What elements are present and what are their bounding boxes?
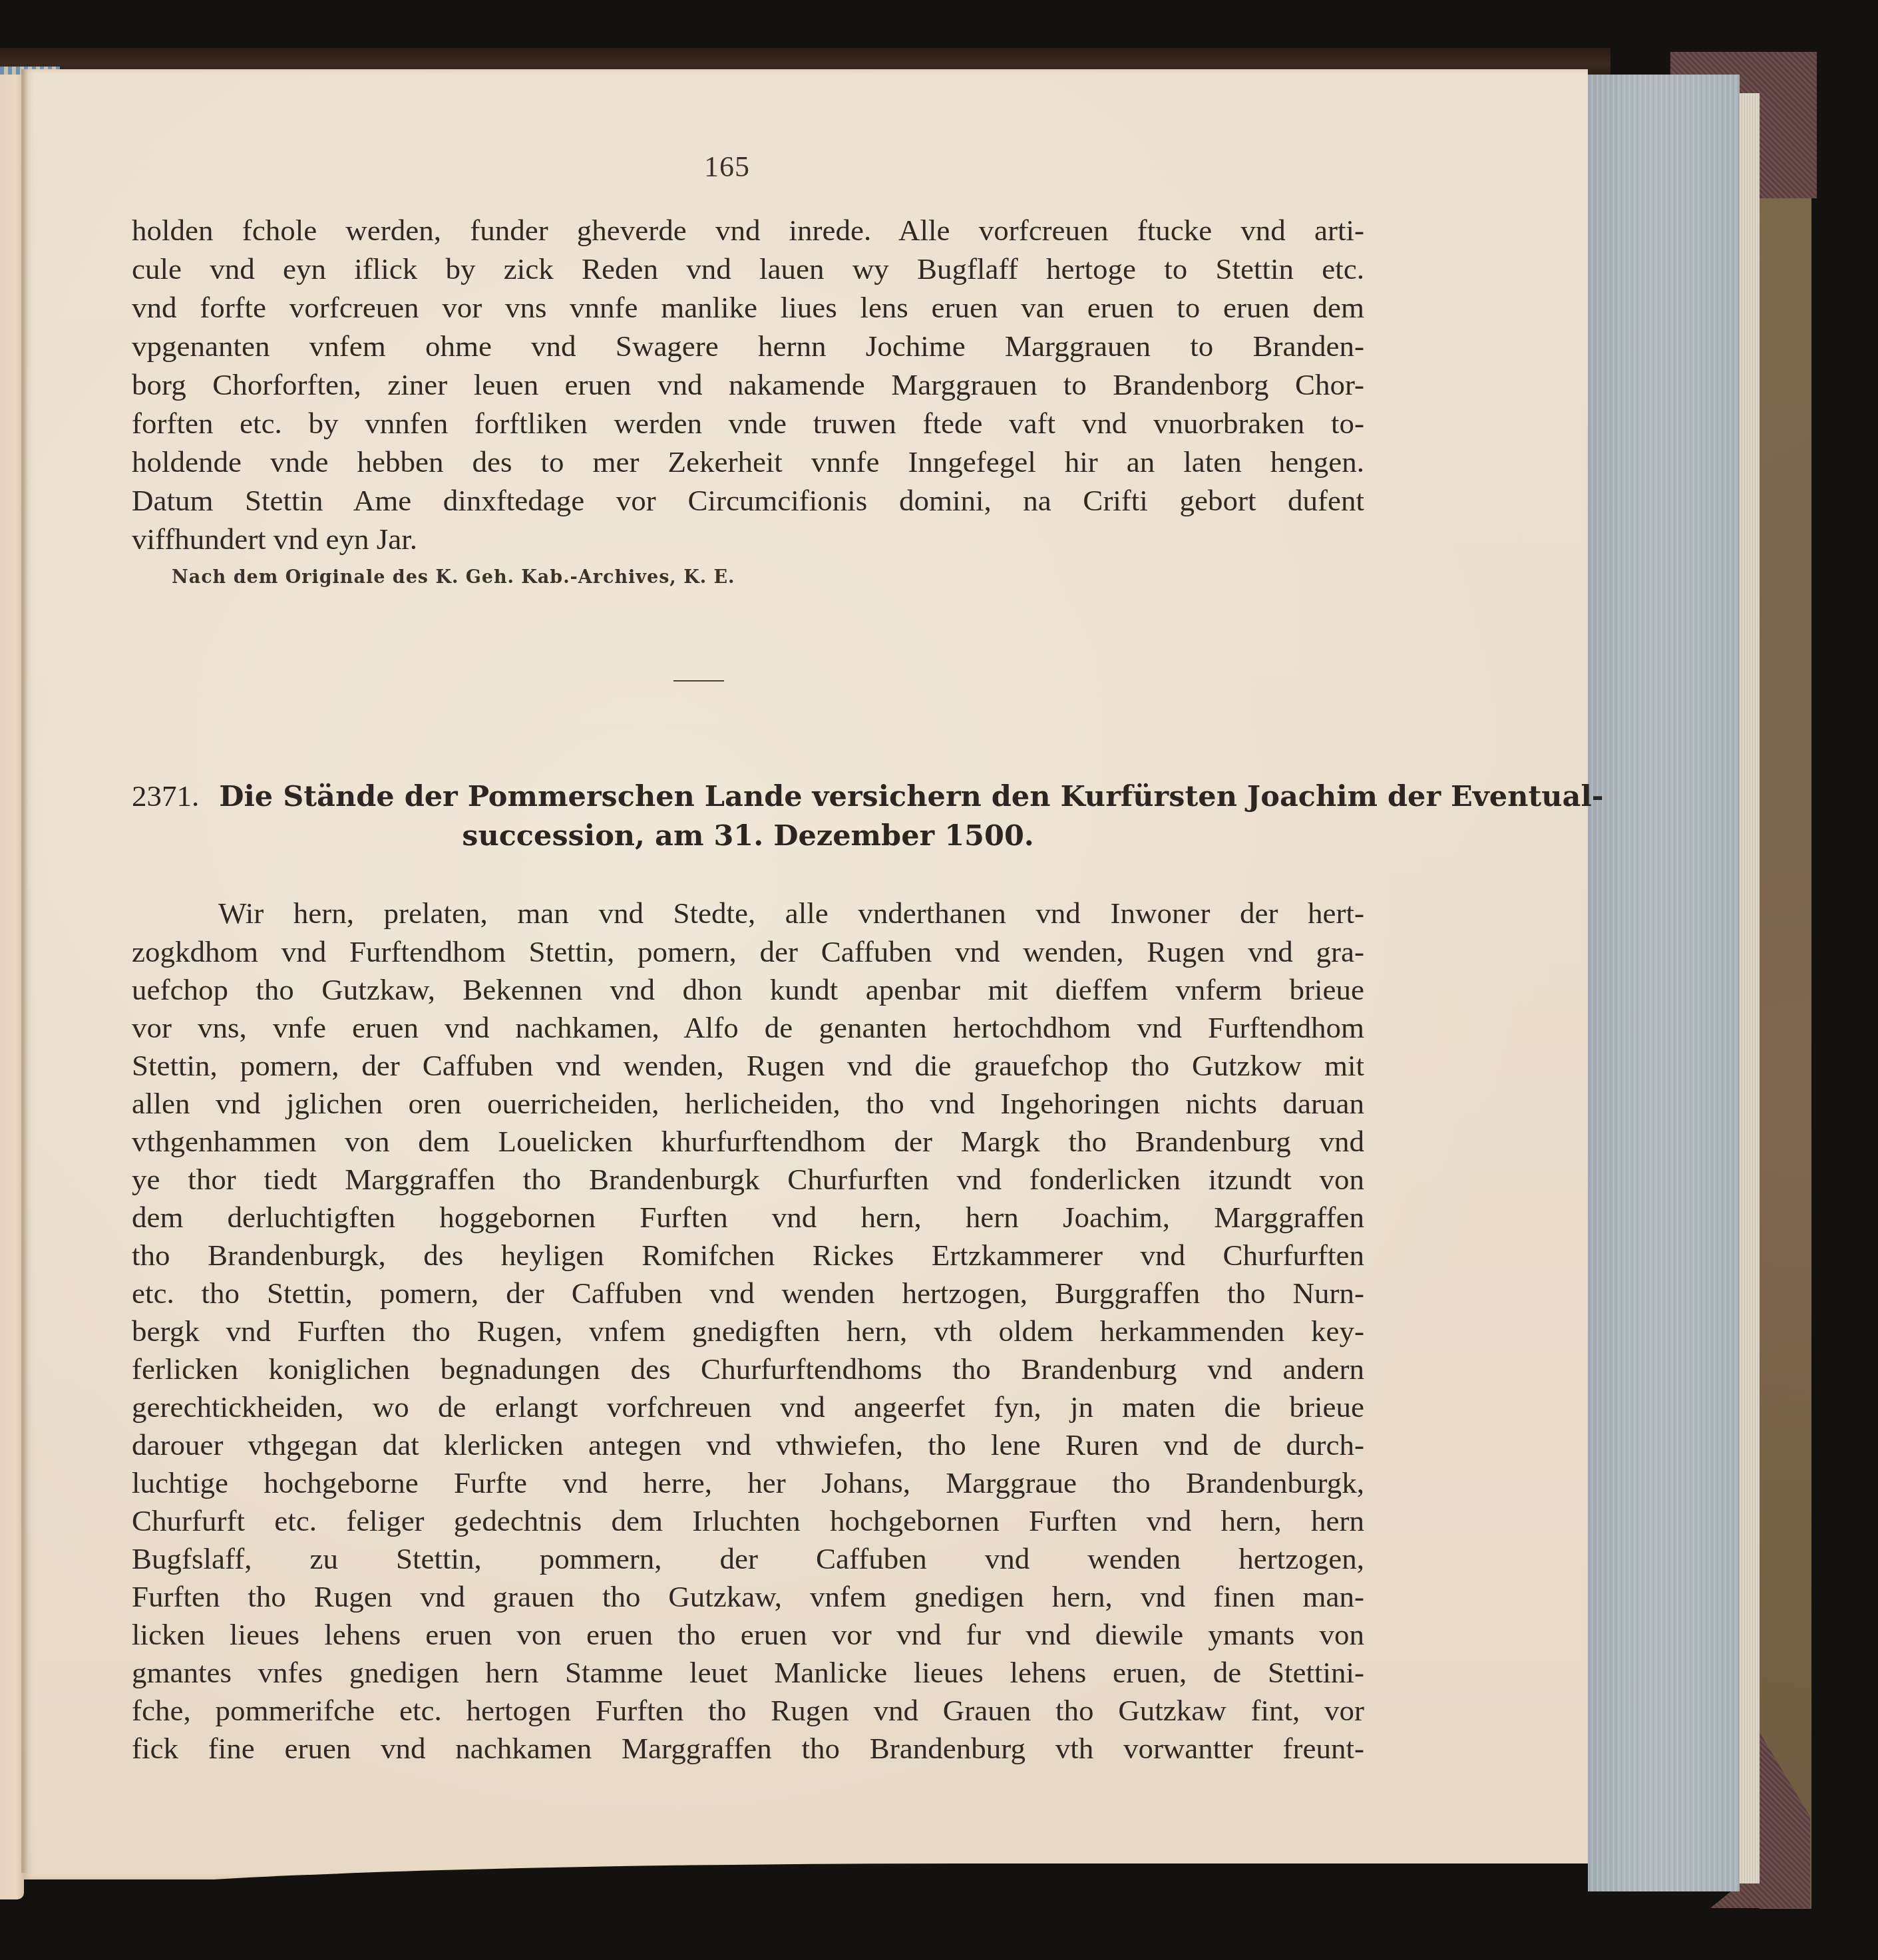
text-line: holden fchole werden, funder gheverde vn… (132, 212, 1364, 249)
text-line: forften etc. by vnnfen forftliken werden… (132, 405, 1364, 442)
text-line: licken lieues lehens eruen von eruen tho… (132, 1616, 1364, 1653)
text-line: tho Brandenburgk, des heyligen Romifchen… (132, 1237, 1364, 1274)
text-line: Bugfslaff, zu Stettin, pommern, der Caff… (132, 1540, 1364, 1577)
text-line: cule vnd eyn iflick by zick Reden vnd la… (132, 250, 1364, 288)
document-title-line2: succession, am 31. Dezember 1500. (132, 816, 1364, 856)
text-line: Stettin, pomern, der Caffuben vnd wenden… (132, 1047, 1364, 1084)
text-line: holdende vnde hebben des to mer Zekerhei… (132, 443, 1364, 481)
text-line: vor vns, vnfe eruen vnd nachkamen, Alfo … (132, 1009, 1364, 1046)
text-line: vthgenhammen von dem Louelicken khurfurf… (132, 1123, 1364, 1160)
text-line: Wir hern, prelaten, man vnd Stedte, alle… (132, 894, 1364, 932)
gutter-shadow (21, 69, 28, 1873)
text-line: fche, pommerifche etc. hertogen Furften … (132, 1692, 1364, 1729)
text-line: ferlicken koniglichen begnadungen des Ch… (132, 1350, 1364, 1388)
text-line: vnd forfte vorfcreuen vor vns vnnfe manl… (132, 289, 1364, 326)
page-number: 165 (704, 150, 750, 184)
book-cover-board-marbled (1760, 52, 1811, 1909)
text-line: ye thor tiedt Marggraffen tho Brandenbur… (132, 1161, 1364, 1198)
text-line: bergk vnd Furften tho Rugen, vnfem gnedi… (132, 1312, 1364, 1350)
document-number: 2371. (132, 779, 199, 813)
text-line: fick fine eruen vnd nachkamen Marggraffe… (132, 1730, 1364, 1767)
text-line: borg Chorforften, ziner leuen eruen vnd … (132, 366, 1364, 403)
source-note: Nach dem Originale des K. Geh. Kab.-Arch… (172, 567, 735, 588)
text-line: allen vnd jglichen oren ouerricheiden, h… (132, 1085, 1364, 1122)
text-line: zogkdhom vnd Furftendhom Stettin, pomern… (132, 933, 1364, 970)
text-line: luchtige hochgeborne Furfte vnd herre, h… (132, 1464, 1364, 1501)
section-separator (673, 680, 724, 682)
document-heading: 2371.Die Stände der Pommerschen Lande ve… (132, 776, 1364, 817)
page-block-inner-edges (1740, 93, 1760, 1883)
text-line: uefchop tho Gutzkaw, Bekennen vnd dhon k… (132, 971, 1364, 1008)
text-line: dem derluchtigften hoggebornen Furften v… (132, 1199, 1364, 1236)
text-line: gmantes vnfes gnedigen hern Stamme leuet… (132, 1654, 1364, 1691)
text-line: darouer vthgegan dat klerlicken antegen … (132, 1426, 1364, 1464)
text-line: gerechtickheiden, wo de erlangt vorfchre… (132, 1388, 1364, 1426)
text-line: Datum Stettin Ame dinxftedage vor Circum… (132, 482, 1364, 519)
page-block-edges (1587, 75, 1740, 1891)
text-line: Churfurft etc. feliger gedechtnis dem Ir… (132, 1502, 1364, 1539)
text-line: etc. tho Stettin, pomern, der Caffuben v… (132, 1274, 1364, 1312)
text-line: vpgenanten vnfem ohme vnd Swagere hernn … (132, 327, 1364, 365)
document-title-line1: Die Stände der Pommerschen Lande versich… (219, 780, 1603, 813)
text-line: viffhundert vnd eyn Jar. (132, 520, 1364, 558)
text-line: Furften tho Rugen vnd grauen tho Gutzkaw… (132, 1578, 1364, 1615)
left-page-edge (0, 69, 24, 1899)
